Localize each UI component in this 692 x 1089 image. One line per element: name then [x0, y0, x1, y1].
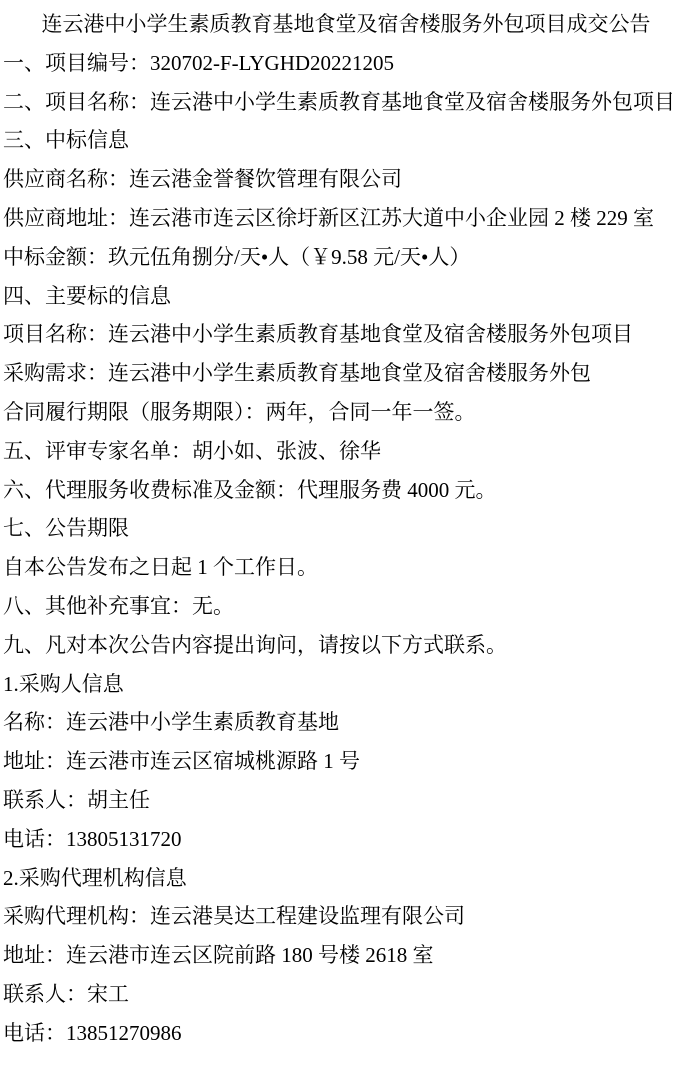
bid-amount-line: 中标金额：玖元伍角捌分/天•人（￥9.58 元/天•人）	[3, 238, 689, 277]
purchaser-phone-line: 电话：13805131720	[3, 820, 689, 859]
supplier-address-line: 供应商地址：连云港市连云区徐圩新区江苏大道中小企业园 2 楼 229 室	[3, 199, 689, 238]
agency-address-line: 地址：连云港市连云区院前路 180 号楼 2618 室	[3, 936, 689, 975]
document-title: 连云港中小学生素质教育基地食堂及宿舍楼服务外包项目成交公告	[3, 5, 689, 44]
announcement-period-heading: 七、公告期限	[3, 509, 689, 548]
supplier-name-line: 供应商名称：连云港金誉餐饮管理有限公司	[3, 160, 689, 199]
agency-info-heading: 2.采购代理机构信息	[3, 859, 689, 898]
subject-project-name-line: 项目名称：连云港中小学生素质教育基地食堂及宿舍楼服务外包项目	[3, 315, 689, 354]
purchaser-address-line: 地址：连云港市连云区宿城桃源路 1 号	[3, 742, 689, 781]
main-subject-heading: 四、主要标的信息	[3, 277, 689, 316]
announcement-period-line: 自本公告发布之日起 1 个工作日。	[3, 548, 689, 587]
contract-period-line: 合同履行期限（服务期限）：两年，合同一年一签。	[3, 393, 689, 432]
expert-list-line: 五、评审专家名单：胡小如、张波、徐华	[3, 432, 689, 471]
purchaser-name-line: 名称：连云港中小学生素质教育基地	[3, 703, 689, 742]
procurement-demand-line: 采购需求：连云港中小学生素质教育基地食堂及宿舍楼服务外包	[3, 354, 689, 393]
agency-name-line: 采购代理机构：连云港昊达工程建设监理有限公司	[3, 897, 689, 936]
agency-fee-line: 六、代理服务收费标准及金额：代理服务费 4000 元。	[3, 471, 689, 510]
purchaser-info-heading: 1.采购人信息	[3, 665, 689, 704]
agency-contact-line: 联系人：宋工	[3, 975, 689, 1014]
other-matters-line: 八、其他补充事宜：无。	[3, 587, 689, 626]
contact-intro-line: 九、凡对本次公告内容提出询问，请按以下方式联系。	[3, 626, 689, 665]
bid-info-heading: 三、中标信息	[3, 121, 689, 160]
project-number-line: 一、项目编号：320702-F-LYGHD20221205	[3, 44, 689, 83]
agency-phone-line: 电话：13851270986	[3, 1014, 689, 1053]
project-name-line: 二、项目名称：连云港中小学生素质教育基地食堂及宿舍楼服务外包项目	[3, 83, 689, 122]
purchaser-contact-line: 联系人：胡主任	[3, 781, 689, 820]
announcement-document: 连云港中小学生素质教育基地食堂及宿舍楼服务外包项目成交公告 一、项目编号：320…	[0, 0, 692, 1089]
